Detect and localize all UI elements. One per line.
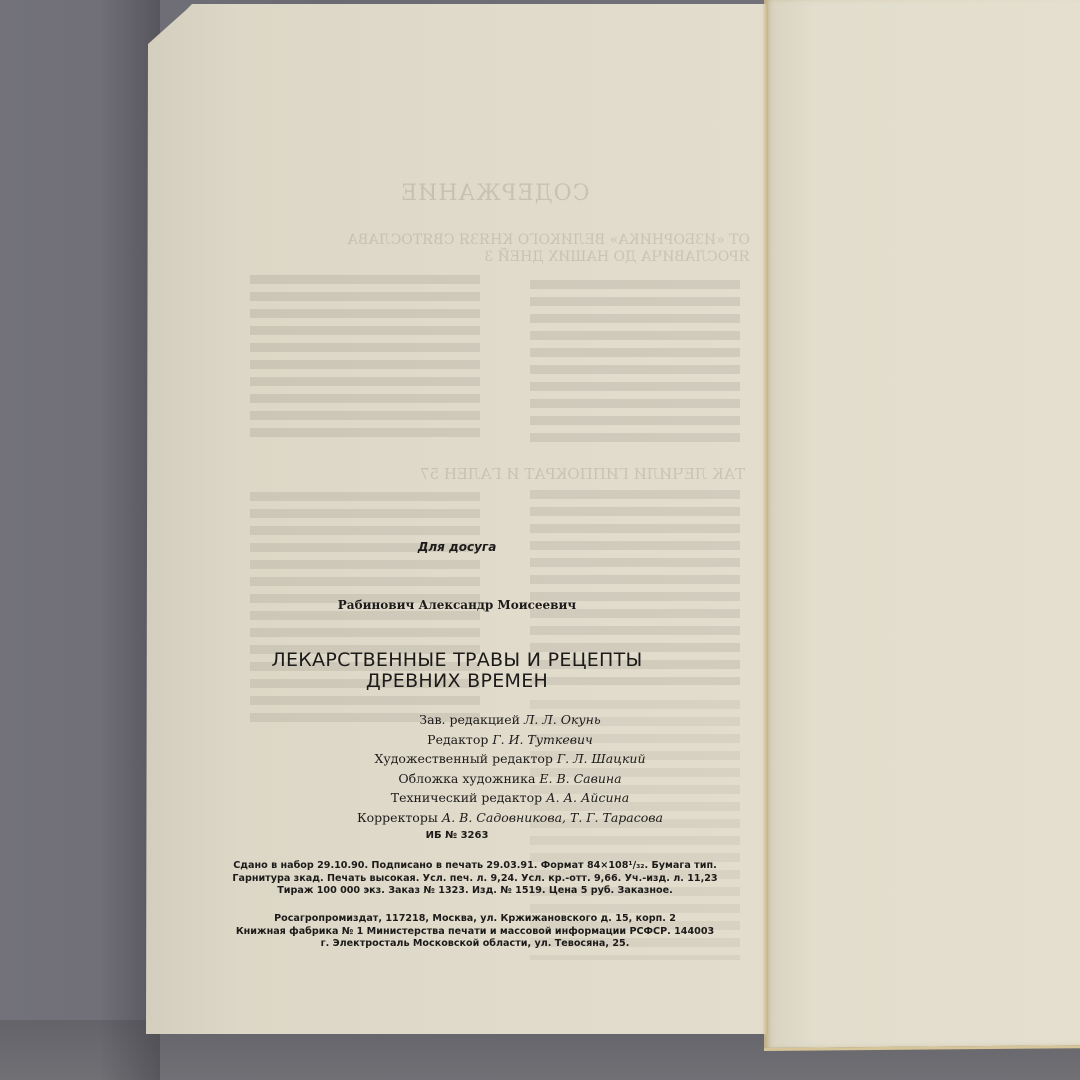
- author-name: Рабинович Александр Моисеевич: [146, 598, 768, 612]
- credit-role: Обложка художника: [398, 771, 535, 786]
- bleed-heading: СОДЕРЖАНИЕ: [400, 185, 589, 202]
- credit-name: Г. И. Туткевич: [492, 732, 592, 747]
- credit-role: Зав. редакцией: [419, 712, 520, 727]
- credit-line: Зав. редакцией Л. Л. Окунь: [300, 710, 720, 730]
- credit-role: Корректоры: [357, 810, 438, 825]
- credit-role: Редактор: [427, 732, 488, 747]
- credit-name: А. А. Айсина: [546, 790, 629, 805]
- credit-role: Художественный редактор: [374, 751, 552, 766]
- ib-number: ИБ № 3263: [146, 830, 768, 841]
- credit-name: Г. Л. Шацкий: [557, 751, 646, 766]
- book-title: ЛЕКАРСТВЕННЫЕ ТРАВЫ И РЕЦЕПТЫ ДРЕВНИХ ВР…: [146, 650, 768, 692]
- imprint-block: Сдано в набор 29.10.90. Подписано в печа…: [205, 860, 745, 898]
- right-page: [764, 0, 1080, 1051]
- bleed-column-right: [530, 280, 740, 445]
- imprint-line-1: Сдано в набор 29.10.90. Подписано в печа…: [205, 860, 745, 873]
- publisher-line-1: Росагропромиздат, 117218, Москва, ул. Кр…: [205, 913, 745, 926]
- credit-line: Художественный редактор Г. Л. Шацкий: [300, 749, 720, 769]
- publisher-line-2: Книжная фабрика № 1 Министерства печати …: [205, 926, 745, 939]
- publisher-block: Росагропромиздат, 117218, Москва, ул. Кр…: [205, 913, 745, 951]
- credit-line: Обложка художника Е. В. Савина: [300, 769, 720, 789]
- credit-line: Редактор Г. И. Туткевич: [300, 730, 720, 750]
- credits-list: Зав. редакцией Л. Л. Окунь Редактор Г. И…: [300, 710, 720, 827]
- credit-line: Технический редактор А. А. Айсина: [300, 788, 720, 808]
- title-line-2: ДРЕВНИХ ВРЕМЕН: [146, 671, 768, 692]
- credit-line: Корректоры А. В. Садовникова, Т. Г. Тара…: [300, 808, 720, 828]
- series-label: Для досуга: [146, 540, 768, 554]
- bleed-section1: ОТ «ИЗБОРНИКА» ВЕЛИКОГО КНЯЗЯ СВЯТОСЛАВА…: [250, 232, 750, 266]
- credit-name: Е. В. Савина: [539, 771, 621, 786]
- bleed-column-left: [250, 275, 480, 440]
- title-line-1: ЛЕКАРСТВЕННЫЕ ТРАВЫ И РЕЦЕПТЫ: [146, 650, 768, 671]
- publisher-line-3: г. Электросталь Московской области, ул. …: [205, 938, 745, 951]
- bleed-section2: ТАК ЛЕЧИЛИ ГИППОКРАТ И ГАЛЕН 57: [420, 466, 745, 483]
- credit-name: Л. Л. Окунь: [524, 712, 601, 727]
- credit-name: А. В. Садовникова, Т. Г. Тарасова: [442, 810, 663, 825]
- imprint-line-2: Гарнитура зкад. Печать высокая. Усл. печ…: [205, 873, 745, 886]
- credit-role: Технический редактор: [391, 790, 542, 805]
- imprint-line-3: Тираж 100 000 экз. Заказ № 1323. Изд. № …: [205, 885, 745, 898]
